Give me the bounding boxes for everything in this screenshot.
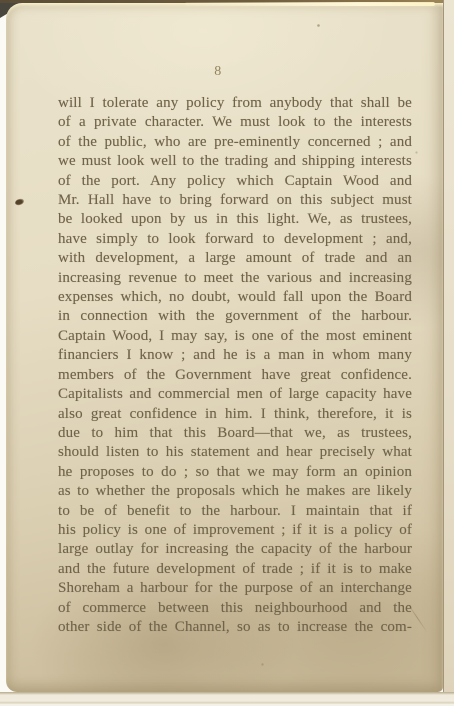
text-line: he proposes to do ; so that we may form … bbox=[58, 463, 412, 482]
text-line: due to him that this Board—that we, as t… bbox=[58, 424, 412, 443]
text-line: will I tolerate any policy from anybody … bbox=[58, 94, 412, 113]
text-line: be looked upon by us in this light. We, … bbox=[58, 210, 412, 229]
underlying-page-edge-bottom bbox=[0, 692, 454, 706]
text-line: large outlay for increasing the capacity… bbox=[58, 540, 412, 559]
text-line: also great confidence in him. I think, t… bbox=[58, 405, 412, 424]
text-line: his policy is one of improvement ; if it… bbox=[58, 521, 412, 540]
text-line: have simply to look forward to developme… bbox=[58, 230, 412, 249]
text-line: we must look well to the trading and shi… bbox=[58, 152, 412, 171]
text-line: expenses which, no doubt, would fall upo… bbox=[58, 288, 412, 307]
scanned-book-page: 8 will I tolerate any policy from anybod… bbox=[0, 0, 454, 706]
page-number: 8 bbox=[206, 64, 230, 80]
text-line: Shoreham a harbour for the purpose of an… bbox=[58, 579, 412, 598]
body-text: will I tolerate any policy from anybody … bbox=[58, 94, 412, 637]
text-line: Captain Wood, I may say, is one of the m… bbox=[58, 327, 412, 346]
text-line: to be of benefit to the harbour. I maint… bbox=[58, 502, 412, 521]
text-line: should listen to his statement and hear … bbox=[58, 443, 412, 462]
text-line: increasing revenue to meet the various a… bbox=[58, 269, 412, 288]
text-line: and the future development of trade ; if… bbox=[58, 560, 412, 579]
paper-specks bbox=[0, 0, 1, 1]
text-line: of the port. Any policy which Captain Wo… bbox=[58, 172, 412, 191]
page-top-glint bbox=[185, 2, 435, 6]
text-line: members of the Government have great con… bbox=[58, 366, 412, 385]
text-line: Mr. Hall have to bring forward on this s… bbox=[58, 191, 412, 210]
underlying-page-edge-right bbox=[443, 0, 454, 696]
text-line: Capitalists and commercial men of large … bbox=[58, 385, 412, 404]
text-line: as to whether the proposals which he mak… bbox=[58, 482, 412, 501]
text-line: in connection with the government of the… bbox=[58, 307, 412, 326]
text-line: of the public, who are pre-eminently con… bbox=[58, 133, 412, 152]
text-line: of a private character. We must look to … bbox=[58, 113, 412, 132]
text-line: of commerce between this neighbourhood a… bbox=[58, 599, 412, 618]
text-line: other side of the Channel, so as to incr… bbox=[58, 618, 412, 637]
text-line: with development, a large amount of trad… bbox=[58, 249, 412, 268]
text-line: financiers I know ; and he is a man in w… bbox=[58, 346, 412, 365]
